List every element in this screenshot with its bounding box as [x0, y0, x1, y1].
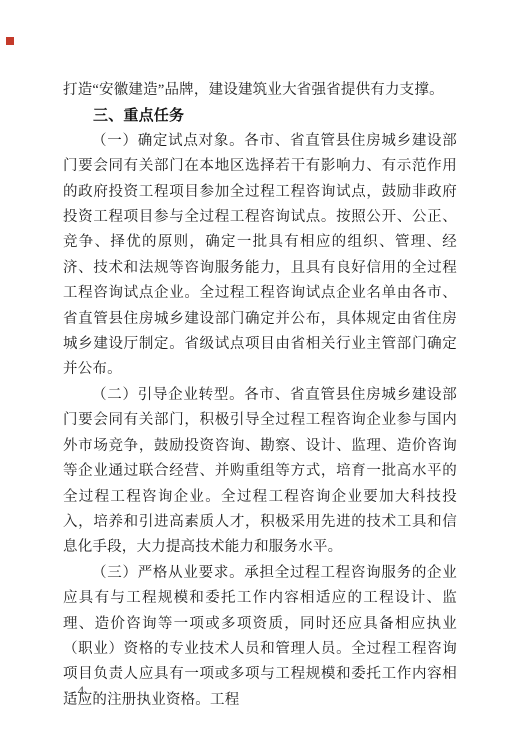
red-mark [6, 37, 14, 45]
paragraph-continuation: 打造“安徽建造”品牌，建设建筑业大省强省提供有力支撑。 [63, 78, 457, 103]
document-page: 打造“安徽建造”品牌，建设建筑业大省强省提供有力支撑。 三、重点任务 （一）确定… [0, 0, 527, 747]
document-content: 打造“安徽建造”品牌，建设建筑业大省强省提供有力支撑。 三、重点任务 （一）确定… [63, 78, 457, 713]
page-number: - 4 - [64, 682, 101, 700]
paragraph-1: （一）确定试点对象。各市、省直管县住房城乡建设部门要会同有关部门在本地区选择若干… [63, 129, 457, 383]
paragraph-2: （二）引导企业转型。各市、省直管县住房城乡建设部门要会同有关部门，积极引导全过程… [63, 383, 457, 561]
section-heading: 三、重点任务 [63, 103, 457, 128]
paragraph-3: （三）严格从业要求。承担全过程工程咨询服务的企业应具有与工程规模和委托工作内容相… [63, 561, 457, 713]
